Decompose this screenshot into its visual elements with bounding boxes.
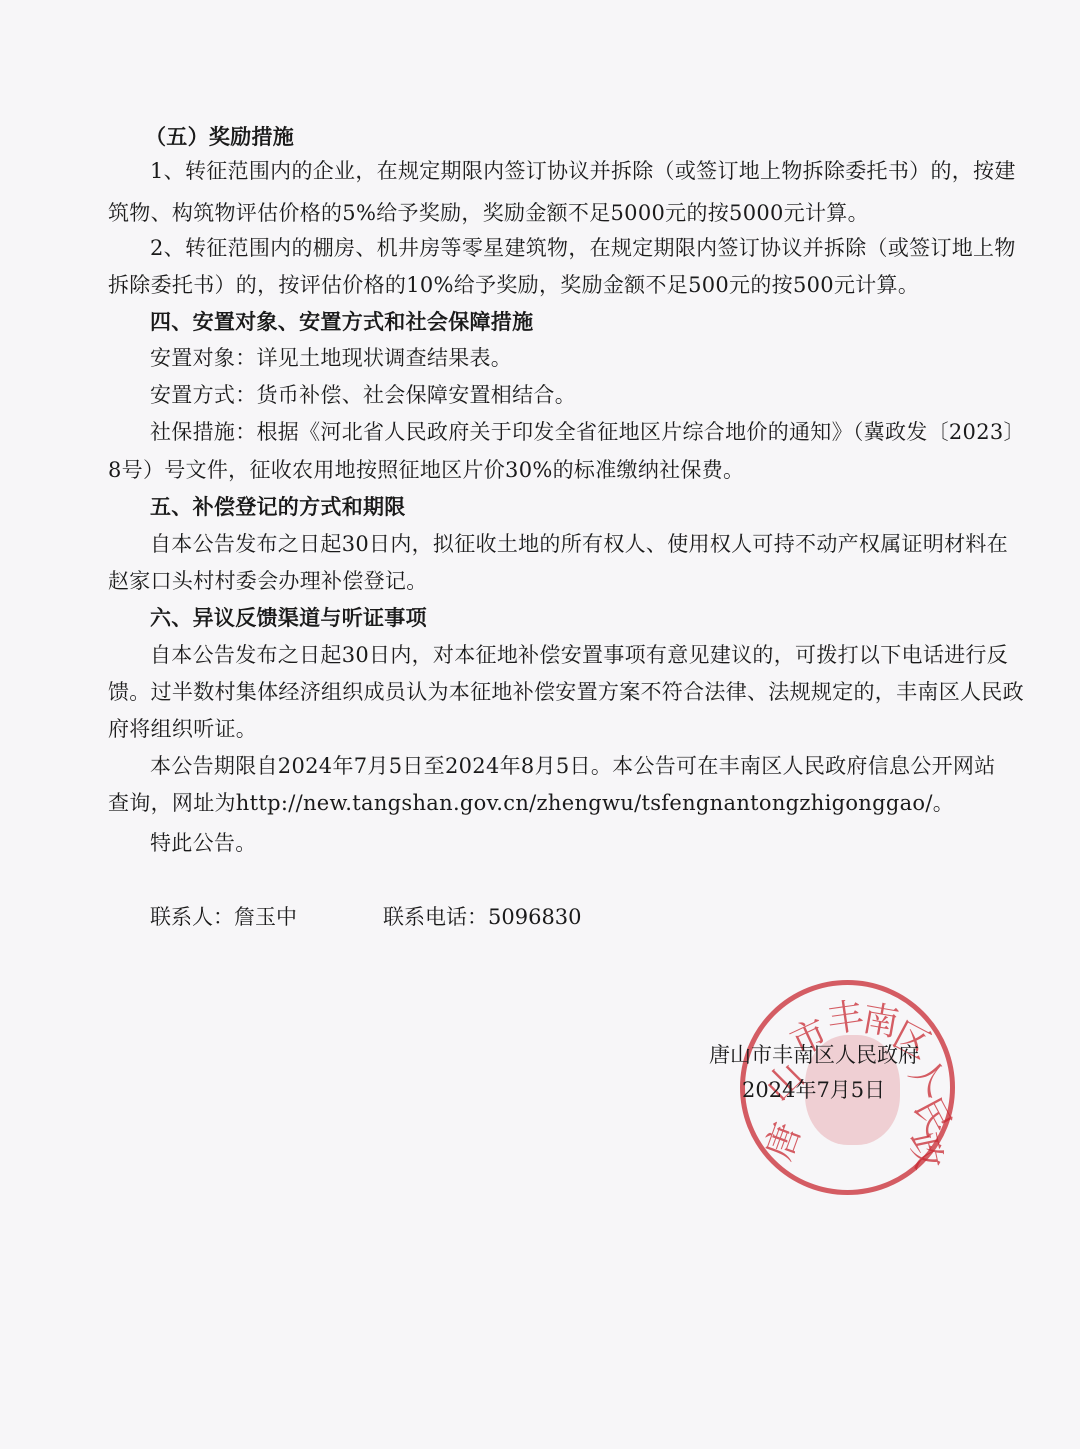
contact-person: 联系人：詹玉中 xyxy=(150,902,297,932)
paragraph-line: 安置对象：详见土地现状调查结果表。 xyxy=(150,343,1030,373)
signature-org: 唐山市丰南区人民政府 xyxy=(709,1040,919,1070)
contact-phone: 联系电话：5096830 xyxy=(383,902,582,932)
paragraph-line: 筑物、构筑物评估价格的5%给予奖励，奖励金额不足5000元的按5000元计算。 xyxy=(108,198,988,228)
paragraph-line: 馈。过半数村集体经济组织成员认为本征地补偿安置方案不符合法律、法规规定的，丰南区… xyxy=(108,677,988,707)
paragraph-line: 拆除委托书）的，按评估价格的10%给予奖励，奖励金额不足500元的按500元计算… xyxy=(108,270,988,300)
paragraph-line: 府将组织听证。 xyxy=(108,714,988,744)
paragraph-line: 自本公告发布之日起30日内，拟征收土地的所有权人、使用权人可持不动产权属证明材料… xyxy=(150,529,1030,559)
paragraph-line: 本公告期限自2024年7月5日至2024年8月5日。本公告可在丰南区人民政府信息… xyxy=(150,751,1030,781)
paragraph-line: 安置方式：货币补偿、社会保障安置相结合。 xyxy=(150,380,1030,410)
section-heading-resettlement: 四、安置对象、安置方式和社会保障措施 xyxy=(150,307,1030,337)
section-heading-rewards: （五）奖励措施 xyxy=(145,122,1025,152)
paragraph-line-url: 查询，网址为http://new.tangshan.gov.cn/zhengwu… xyxy=(108,788,988,818)
paragraph-line: 1、转征范围内的企业，在规定期限内签订协议并拆除（或签订地上物拆除委托书）的，按… xyxy=(150,156,1030,186)
document-page: （五）奖励措施 1、转征范围内的企业，在规定期限内签订协议并拆除（或签订地上物拆… xyxy=(0,0,1080,1449)
paragraph-line: 自本公告发布之日起30日内，对本征地补偿安置事项有意见建议的，可拨打以下电话进行… xyxy=(150,640,1030,670)
paragraph-line: 2、转征范围内的棚房、机井房等零星建筑物，在规定期限内签订协议并拆除（或签订地上… xyxy=(150,233,1030,263)
paragraph-line: 社保措施：根据《河北省人民政府关于印发全省征地区片综合地价的通知》（冀政发〔20… xyxy=(150,417,1030,447)
section-heading-objection: 六、异议反馈渠道与听证事项 xyxy=(150,603,1030,633)
closing-line: 特此公告。 xyxy=(150,828,1030,858)
paragraph-line: 赵家口头村村委会办理补偿登记。 xyxy=(108,566,988,596)
section-heading-registration: 五、补偿登记的方式和期限 xyxy=(150,492,1030,522)
paragraph-line: 8号）号文件，征收农用地按照征地区片价30%的标准缴纳社保费。 xyxy=(108,455,988,485)
signature-date: 2024年7月5日 xyxy=(742,1075,885,1105)
